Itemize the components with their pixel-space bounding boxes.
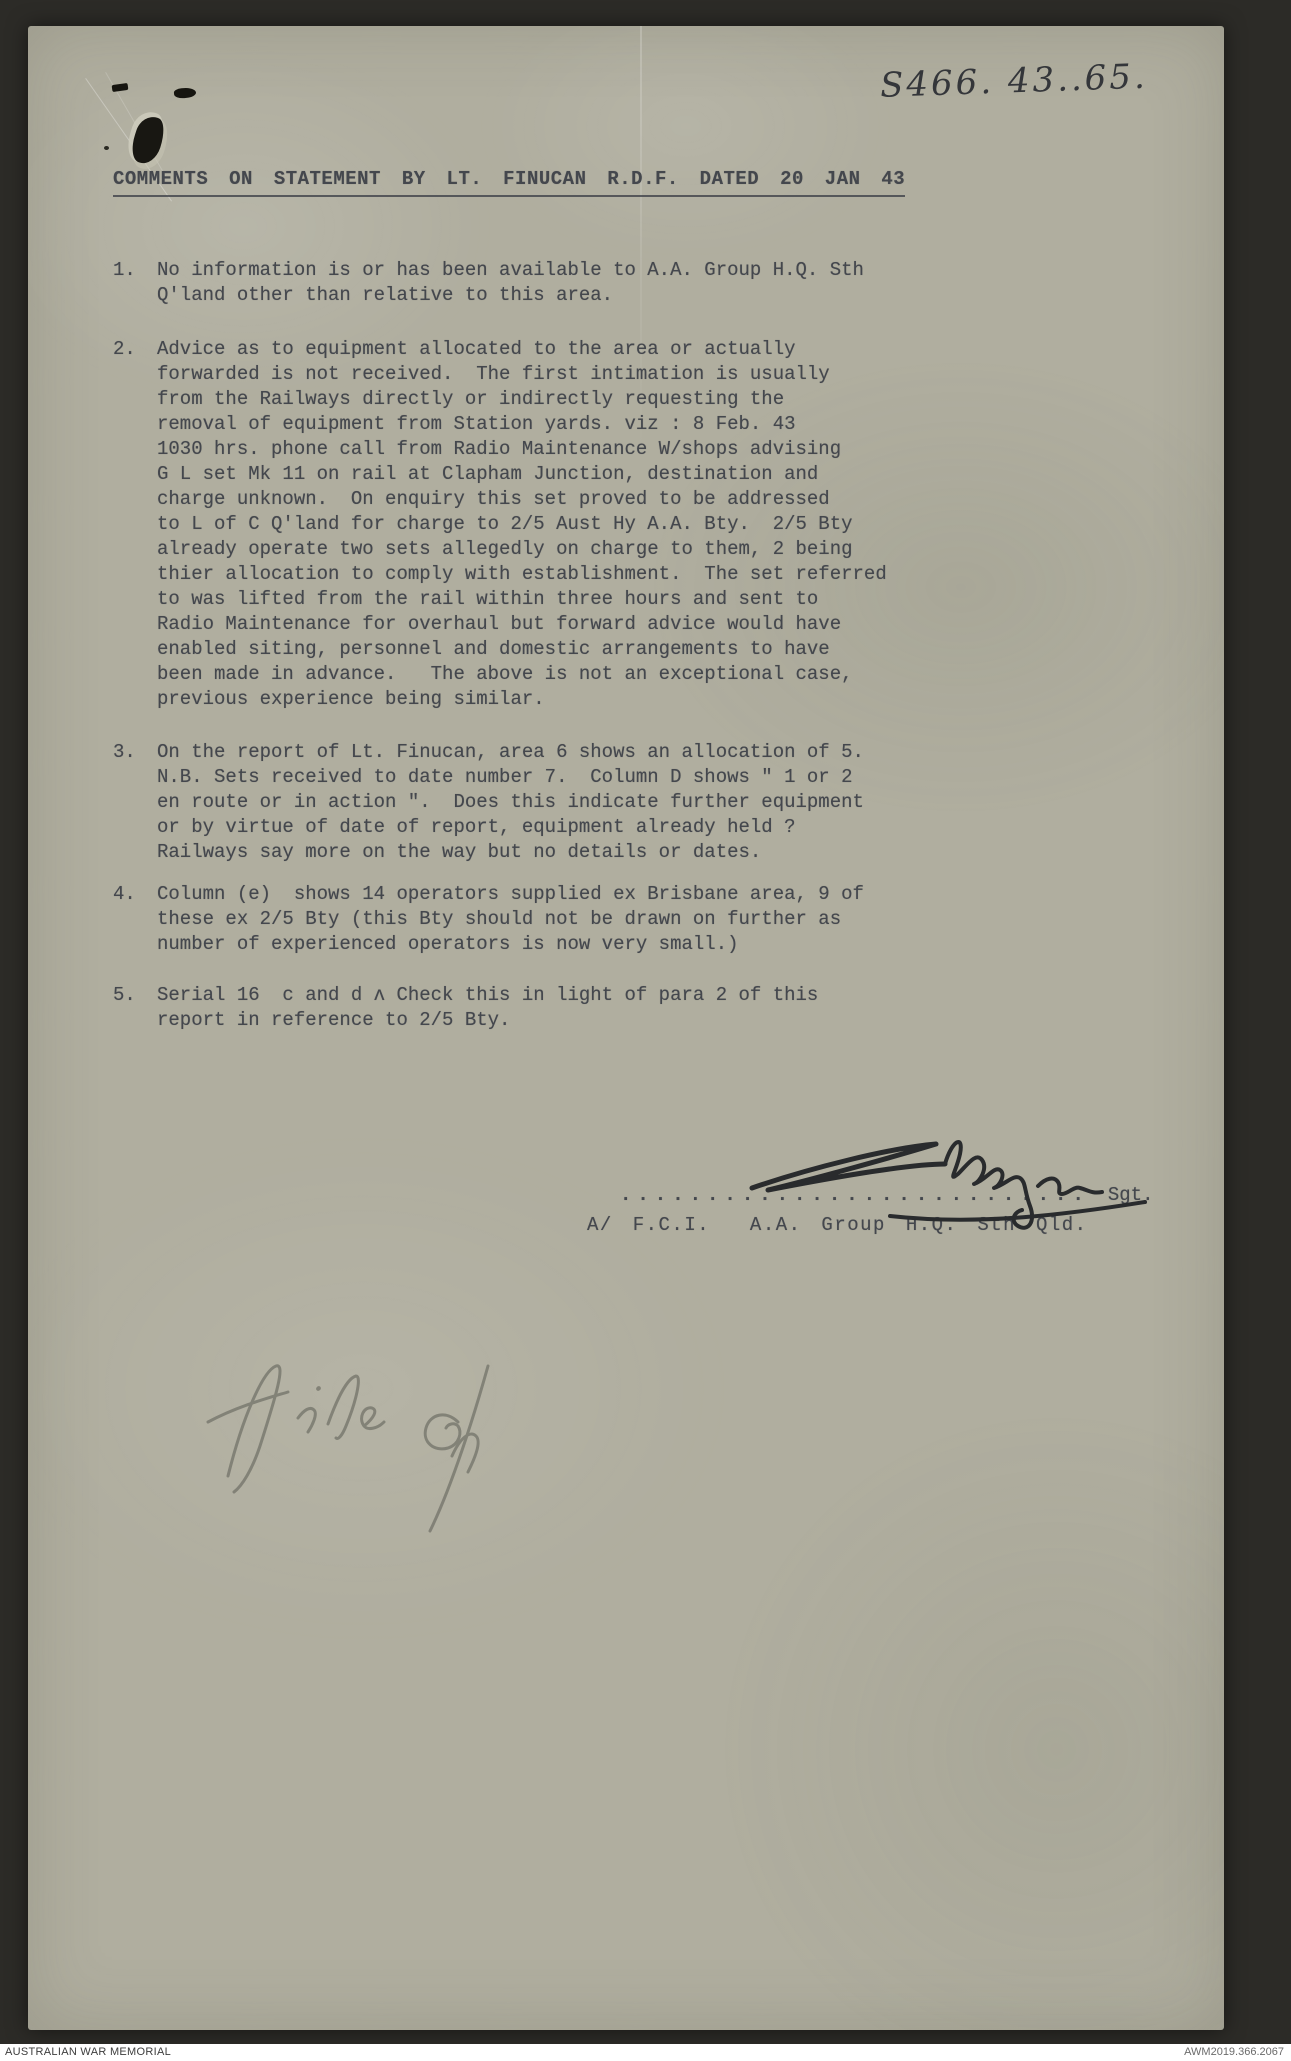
text-line: these ex 2/5 Bty (this Bty should not be… [157, 907, 864, 932]
text-line: removal of equipment from Station yards.… [157, 412, 887, 437]
paragraph-5: 5.Serial 16 c and d ʌ Check this in ligh… [113, 983, 818, 1033]
text-line: On the report of Lt. Finucan, area 6 sho… [157, 740, 864, 765]
text-line: previous experience being similar. [157, 687, 887, 712]
text-line: en route or in action ". Does this indic… [157, 790, 864, 815]
text-line: N.B. Sets received to date number 7. Col… [157, 765, 864, 790]
text-line: to was lifted from the rail within three… [157, 587, 887, 612]
archive-footer-bar: AUSTRALIAN WAR MEMORIAL AWM2019.366.2067 [0, 2044, 1291, 2061]
paragraph-text: Serial 16 c and d ʌ Check this in light … [157, 983, 818, 1033]
text-line: number of experienced operators is now v… [157, 932, 864, 957]
text-line: Advice as to equipment allocated to the … [157, 337, 887, 362]
staple-mark [174, 87, 197, 99]
text-line: forwarded is not received. The first int… [157, 362, 887, 387]
staple-mark [112, 83, 129, 92]
scan-stage: S466. 43..65. COMMENTS ON STATEMENT BY L… [0, 0, 1291, 2061]
text-line: enabled siting, personnel and domestic a… [157, 637, 887, 662]
text-line: Serial 16 c and d ʌ Check this in light … [157, 983, 818, 1008]
document-page: S466. 43..65. COMMENTS ON STATEMENT BY L… [28, 26, 1224, 2030]
text-line: No information is or has been available … [157, 258, 864, 283]
archive-accession-number: AWM2019.366.2067 [1184, 2046, 1284, 2058]
document-title: COMMENTS ON STATEMENT BY LT. FINUCAN R.D… [113, 168, 905, 197]
text-line: Railways say more on the way but no deta… [157, 840, 864, 865]
paragraph-number: 3. [113, 740, 157, 765]
paragraph-number: 2. [113, 337, 157, 362]
handwritten-signature-scrawl [740, 1124, 1170, 1249]
text-line: Radio Maintenance for overhaul but forwa… [157, 612, 887, 637]
handwritten-reference-number: S466. 43..65. [879, 54, 1220, 106]
pencil-note-file-and-initials [168, 1326, 513, 1576]
paragraph-1: 1.No information is or has been availabl… [113, 258, 864, 308]
paragraph-number: 5. [113, 983, 157, 1008]
ink-speck [104, 146, 109, 150]
paragraph-3: 3.On the report of Lt. Finucan, area 6 s… [113, 740, 864, 865]
text-line: Column (e) shows 14 operators supplied e… [157, 882, 864, 907]
text-line: G L set Mk 11 on rail at Clapham Junctio… [157, 462, 887, 487]
text-line: been made in advance. The above is not a… [157, 662, 887, 687]
archive-institution-label: AUSTRALIAN WAR MEMORIAL [5, 2046, 171, 2058]
text-line: charge unknown. On enquiry this set prov… [157, 487, 887, 512]
text-line: thier allocation to comply with establis… [157, 562, 887, 587]
paragraph-2: 2.Advice as to equipment allocated to th… [113, 337, 887, 712]
text-line: Q'land other than relative to this area. [157, 283, 864, 308]
text-line: or by virtue of date of report, equipmen… [157, 815, 864, 840]
text-line: from the Railways directly or indirectly… [157, 387, 887, 412]
text-line: report in reference to 2/5 Bty. [157, 1008, 818, 1033]
paragraph-text: On the report of Lt. Finucan, area 6 sho… [157, 740, 864, 865]
paragraph-text: Advice as to equipment allocated to the … [157, 337, 887, 712]
paragraph-number: 4. [113, 882, 157, 907]
text-line: to L of C Q'land for charge to 2/5 Aust … [157, 512, 887, 537]
paragraph-4: 4.Column (e) shows 14 operators supplied… [113, 882, 864, 957]
paragraph-number: 1. [113, 258, 157, 283]
paragraph-text: Column (e) shows 14 operators supplied e… [157, 882, 864, 957]
text-line: already operate two sets allegedly on ch… [157, 537, 887, 562]
paragraph-text: No information is or has been available … [157, 258, 864, 308]
text-line: 1030 hrs. phone call from Radio Maintena… [157, 437, 887, 462]
